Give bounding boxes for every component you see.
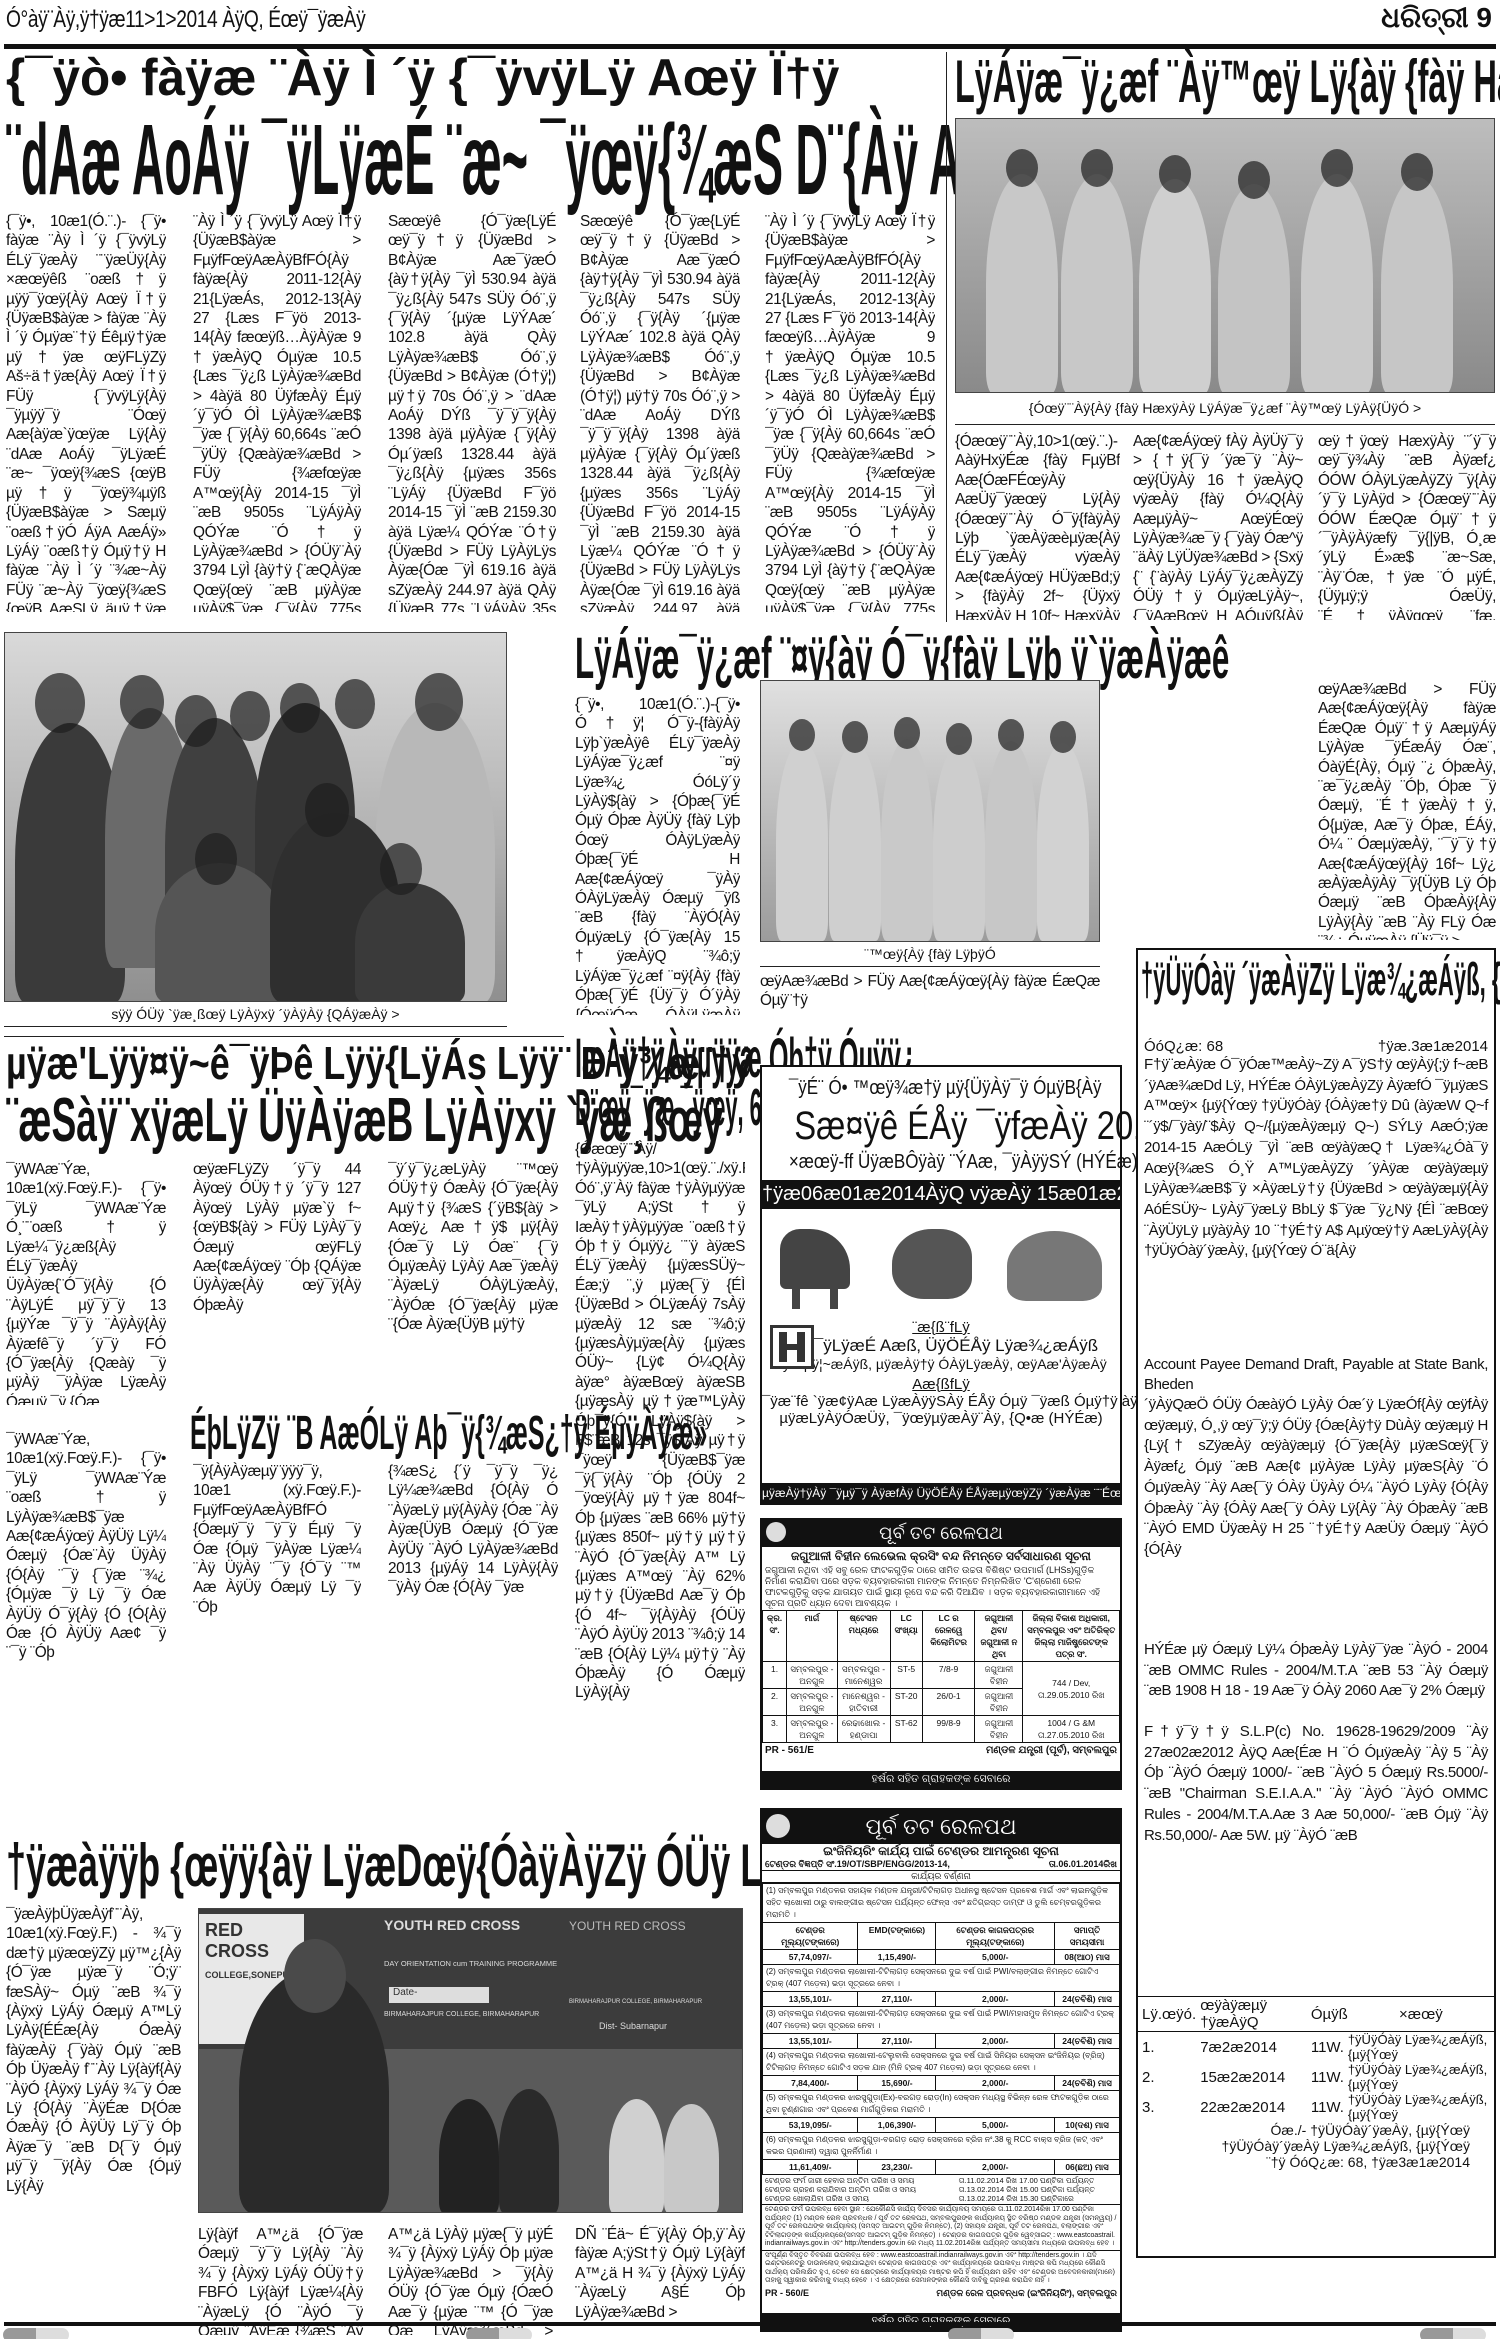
ncc-mid-column-left: {¯ÿ•, 10æ1(Ó.¨.)-{¯ÿ• Ó†ÿ¦ Ó¯ÿ-{fàÿÀÿ Lÿ… — [575, 695, 740, 1015]
scroll-handle-mid-right[interactable] — [948, 2328, 1014, 2339]
lc-signatory: ମଣ୍ଡଳ ଯନ୍ତ୍ରୀ (ପୂର୍ବ), ସମ୍ବଲପୁର — [986, 1745, 1117, 1756]
table-row: 57,74,097/-1,15,490/-5,000/-08(ଆଠ) ମାସ — [763, 1950, 1120, 1965]
story-top-column-2: ¨Àÿ Ì ´ÿ {¯ÿvÿLÿ Aœÿ Ï†ÿ {ÜÿæB$àÿæ > Fµÿ… — [193, 212, 361, 612]
tender-schedule: ଟେଣ୍ଡର ଫର୍ମ ଜାରୀ ହେବାର ଅନ୍ତିମ ତାରିଖ ଓ ସମ… — [762, 2175, 1120, 2205]
odiyana-column-3: {¾æS¿ {´ÿ ¯ÿ¯ÿ ¯ÿ¿ Lÿ¼æ¾æBd {Ó{Àÿ Ó ¨Àÿæ… — [388, 1462, 558, 1820]
scroll-handle-right[interactable] — [1420, 2328, 1486, 2339]
scroll-handle-left[interactable] — [3, 2328, 69, 2339]
ad-date-bar: †ÿæ06æ01æ2014ÀÿQ vÿæÀÿ 15æ01æ2014 ¨¾ô;ÿ — [762, 1180, 1120, 1209]
banner-date-field: Date- — [389, 1987, 489, 2003]
ncc-mid-column-right: œÿAæ¾æBd > FÜÿ Aæ{¢æÁÿœÿ{Àÿ fàÿæ ÉæQæ Óµ… — [1318, 680, 1496, 940]
cricket-photo-caption: sÿÿ ÓÜÿ `ÿæ¸ßœÿ LÿÀÿxÿ ´ÿÀÿÀÿ {QÁÿæÀÿ > — [4, 1006, 507, 1022]
table-row: 53,19,095/-1,06,390/-5,000/-10(ଦଶ) ମାସ — [763, 2118, 1120, 2133]
story-top-headline-line1: {¯ÿò• fàÿæ ¨Àÿ Ì ´ÿ {¯ÿvÿLÿ Aœÿ Ï†ÿ — [6, 52, 839, 104]
tender-footer-info: PR - 560/E ମଣ୍ଡଳ ରେଳ ପ୍ରବନ୍ଧକ (ଇଂଜିନିୟରି… — [762, 2287, 1120, 2300]
column-divider — [946, 52, 947, 622]
photo-guards-group — [955, 118, 1495, 393]
auction-sign-line2: †ÿÜÿÓàÿ´ÿæÀÿ Lÿæ¾¿æÁÿß, {µÿ{Ýœÿ — [1138, 2138, 1494, 2154]
railway-logo-icon — [766, 1522, 786, 1542]
ad-sponsor-block: ¨æ{ß¨fLÿ ¯ÿLÿæÉ Aæß‚ ÜÿÖÉÅÿ Lÿæ¾¿æÁÿß ¯ÿ… — [762, 1319, 1120, 1479]
tender-work-label: କାର୍ଯ୍ୟର ବର୍ଣ୍ଣନା — [762, 1871, 1120, 1883]
photo-jail-staff — [760, 680, 1100, 942]
odiyana-column-2: ¯ÿ{ÀÿÀÿæµÿ¨ÿÿÿ¯ÿ, 10æ1 (xÿ.Fœÿ.F.)- Fµÿf… — [193, 1462, 361, 1820]
elephant-figurine-icon — [1007, 1231, 1102, 1301]
odiyana-column-1: ¯ÿWAæ¨Ýæ, 10æ1(xÿ.Fœÿ.F.)- {¯ÿ• ¯ÿLÿ ¯ÿW… — [6, 1430, 166, 1820]
auction-sign-line3: ¨†ÿ ÓóQ¿æ: 68, †ÿæ3æ1æ2014 — [1138, 2154, 1494, 2170]
ncc-right-photo-caption: {Óœÿ¨¨Àÿ{Àÿ {fàÿ HæxÿÀÿ LÿÁÿæ¯ÿ¿æf ¨Àÿ™œ… — [955, 400, 1495, 416]
organizer-line2: µÿæLÿÀÿÓæÜÿ, ¯ÿœÿµÿæÀÿ¨Àÿ, {Q•æ (HÝÉæ) — [762, 1410, 1120, 1427]
table-row: 2.15æ2æ201411W.†ÿÜÿÓàÿ Lÿæ¾¿æÁÿß, {µÿ{Ýœ… — [1138, 2062, 1494, 2092]
banner-youth-red-cross-1: YOUTH RED CROSS — [384, 1917, 564, 1933]
banner-college-name-2: BIRMAHARAJPUR COLLEGE, BIRMAHARAPUR — [569, 1999, 739, 2005]
sponsor-line2: ¯ÿÚ µÿ¦~æÁÿß, µÿæÀÿ†ÿ ÓÀÿLÿæÀÿ, œÿAæ'Àÿæ… — [762, 1356, 1120, 1372]
auction-sign-line1: Óæ./- †ÿÜÿÓàÿ´ÿæÀÿ, {µÿ{Ýœÿ — [1138, 2122, 1494, 2138]
table-row: 7,84,400/-15,690/-2,000/-24(ଚବିଶି) ମାସ — [763, 2076, 1120, 2091]
story-top-column-4: Sæœÿê {Ó¯ÿæ{LÿÉ œÿ¯ÿ†ÿ {ÜÿæBd > B¢Àÿæ Aæ… — [580, 212, 740, 612]
table-row: 13,55,101/-27,110/-2,000/-24(ଚବିଶି) ମାସ — [763, 2034, 1120, 2049]
ad-venue: ×æœÿ-ff ÜÿæBÔÿàÿ ¨ÝAæ, ¯ÿÀÿÿSÝ (HÝÉæ) — [789, 1151, 1093, 1174]
auction-body-3: HÝÉæ µÿ Óæµÿ Lÿ¼ ÓþæÀÿ LÿÀÿ¯ÿæ ¨ÀÿÓ - 20… — [1138, 1640, 1494, 1722]
tender-availability: ଟେଣ୍ଡର ଫର୍ମ ଉପଲବ୍ଧ ହେବା ସ୍ଥାନ : ଯେକୌଣସି … — [762, 2205, 1120, 2251]
banner-orientation-text: DAY ORIENTATION cum TRAINING PROGRAMME — [384, 1959, 564, 1968]
lc-pr-number: PR - 561/E — [765, 1745, 814, 1756]
handicraft-fair-ad: ¯ÿÉ¨ Ó• ™œÿ¾æ†ÿ µÿ{ÜÿÀÿ¯ÿ ÓµÿB{Àÿ Sæ¤ÿê … — [760, 1065, 1122, 1505]
odiyana-headline: ÉþLÿZÿ ¨B AæÓLÿ Aþ¯ÿ{¾æS¿†ÿ ÉµÿÀÿæ» — [190, 1410, 707, 1458]
sponsor-label: ¨æ{ß¨fLÿ — [762, 1319, 1120, 1336]
auction-body-dd: Account Payee Demand Draft, Payable at S… — [1138, 1355, 1494, 1395]
auction-letter-no: ÓóQ¿æ: 68 — [1144, 1038, 1223, 1055]
result-column: {Óæœÿ¨¨Àÿ/†ÿÀÿµÿÿæ,10>1(œÿ.¨./xÿ.Fœÿ.F)-… — [575, 1140, 745, 1820]
table-row: 3.22æ2æ201411W.†ÿÜÿÓàÿ Lÿæ¾¿æÁÿß, {µÿ{Ýœ… — [1138, 2092, 1494, 2122]
sponsor-line1: ¯ÿLÿæÉ Aæß‚ ÜÿÖÉÅÿ Lÿæ¾¿æÁÿß — [762, 1336, 1120, 1356]
tender-full-details: ସଂପୂର୍ଣ୍ଣ ବିସ୍ତୃତ ବିବରଣୀ ଉପଲବ୍ଧ ହେବ : ww… — [762, 2251, 1120, 2287]
caption-rule — [4, 1026, 507, 1027]
deity-figurine-icon — [892, 1229, 972, 1299]
tender-date: ତା.06.01.2014ରିଖ — [1049, 1859, 1117, 1870]
ad-handicraft-images — [762, 1209, 1120, 1319]
ncc-right-column-1: {Óæœÿ¨¨Àÿ,10>1(œÿ.¨.)-AàÿHxÿÉæ {fàÿ FµÿB… — [955, 432, 1120, 620]
redcross-column-2: Lÿ{àÿf A™¿ä {Ó¯ÿæ Óæµÿ ¯ÿ¯ÿ Lÿ{Àÿ ¨Àÿ ¾¯… — [198, 2225, 363, 2335]
tender-heading: ଇଂଜିନିୟରିଂ କାର୍ଯ୍ୟ ପାଇଁ ଟେଣ୍ଡର ଆମନ୍ତ୍ରଣ … — [762, 1844, 1120, 1859]
table-row: 13,55,101/-27,110/-2,000/-24(ଚବିଶି) ମାସ — [763, 1992, 1120, 2007]
ncc-right-column-2: Aæ{¢æÁÿœÿ fÀÿ ÀÿÜÿ¯ÿ > {†ÿ{¯ÿ ´ÿæ¯ÿ ¨Àÿ~… — [1133, 432, 1303, 620]
ncc-right-column-3: œÿ†ÿœÿ HæxÿÀÿ ¨´ÿ¯ÿ œÿ¯ÿ¾Àÿ ¨æB Àÿæf¿ ÓÓ… — [1318, 432, 1496, 620]
tender-pr-number: PR - 560/E — [765, 2288, 809, 2299]
auction-body-1: F†ÿ¨æÀÿæ Ó¯ÿÓæ™æÀÿ~Zÿ A¯ÿS†ÿ œÿÀÿ{;ÿ f~æ… — [1138, 1055, 1494, 1355]
organizer-line1: ¯ÿæ¨fê `ÿæ¢ÿAæ LÿæÀÿÿSÀÿ ÉÅÿ Óµÿ ¯ÿæß Óµ… — [762, 1393, 1120, 1410]
page-bottom-rule — [4, 2322, 1496, 2326]
sports-column-3: ¯ÿ´ÿ¯ÿ¿æLÿÀÿ ¨™œÿ ÓÜÿ†ÿ ÓæÀÿ {Ó¯ÿæ{Àÿ Aµ… — [388, 1160, 558, 1405]
railway-logo-icon — [766, 1814, 790, 1838]
railway-lc-closure-notice: ପୂର୍ବ ତଟ ରେଳପଥ ଜଗୁଆଳୀ ବିହୀନ ଲେଭେଲ କ୍ରସିଂ… — [760, 1518, 1122, 1790]
caption-rule — [760, 966, 1100, 967]
tender-signatory: ମଣ୍ଡଳ ରେଳ ପ୍ରବନ୍ଧକ (ଇଂଜିନିୟରିଂ), ସମ୍ବଲପୁ… — [936, 2288, 1117, 2299]
lc-notice-org-title: ପୂର୍ବ ତଟ ରେଳପଥ — [762, 1520, 1120, 1547]
organizer-label: Aæ{ßfLÿ — [762, 1376, 1120, 1393]
redcross-column-3: A™¿ä LÿÀÿ µÿæ{¯ÿ µÿÉ ¾¯ÿ {Àÿxÿ LÿÁÿ Óþ µ… — [388, 2225, 553, 2335]
auction-body-2: ´ÿÀÿQæÖ ÓÜÿ ÓæàÿÓ LÿÀÿ Óæ´ÿ LÿæÓf{Àÿ œÿf… — [1138, 1395, 1494, 1640]
lc-notice-heading: ଜଗୁଆଳୀ ବିହୀନ ଲେଭେଲ କ୍ରସିଂ ବନ୍ଦ ନିମନ୍ତେ ସ… — [762, 1549, 1120, 1564]
lc-notice-table: କ୍ର. ସଂ. ମାର୍ଗ ଷ୍ଟେସନ ମଧ୍ୟରେ LC ସଂଖ୍ୟା L… — [762, 1610, 1120, 1743]
horse-figurine-icon — [780, 1229, 850, 1289]
tahasil-auction-notice: †ÿÜÿÓàÿ ´ÿæÀÿZÿ Lÿæ¾¿æÁÿß, {µÿ{Ýœÿ ÓóQ¿æ… — [1136, 948, 1496, 2258]
auction-body-4: F†ÿ¯ÿ†ÿ S.L.P(c) No. 19628-19629/2009 ¨À… — [1138, 1722, 1494, 1992]
redcross-column-4: DÑ ¨Éä~ É¯ÿ{Àÿ Óþ,ÿ¨Àÿ fàÿæ A;ÿSt†ÿ Óµÿ … — [575, 2225, 745, 2335]
sports-column-2: œÿæFLÿZÿ ´ÿ¯ÿ 44 Àÿœÿ ÓÜÿ†ÿ ´ÿ¯ÿ 127 Àÿœ… — [193, 1160, 361, 1405]
auction-notice-title: †ÿÜÿÓàÿ ´ÿæÀÿZÿ Lÿæ¾¿æÁÿß, {µÿ{Ýœÿ — [1138, 950, 1309, 1002]
tender-ref-line: ଟେଣ୍ଡର ବିଜ୍ଞପ୍ତି ସଂ.19/OT/SBP/ENGG/2013-… — [762, 1859, 1120, 1871]
lc-notice-footer-bar: ହର୍ଷର ସହିତ ଗ୍ରାହକଙ୍କ ସେବାରେ — [762, 1771, 1120, 1788]
caption-rule — [955, 424, 1495, 425]
auction-letter-date: †ÿæ.3æ1æ2014 — [1378, 1038, 1488, 1055]
page-number-label: ଧରିତ୍ରୀ 9 — [1381, 2, 1492, 35]
scroll-handle-center[interactable] — [466, 2328, 532, 2339]
story-top-column-1: {¯ÿ•, 10æ1(Ó.¨.)- {¯ÿ• fàÿæ ¨Àÿ Ì ´ÿ {¯ÿ… — [6, 212, 166, 612]
banner-district: Dist- Subarnapur — [599, 2021, 719, 2031]
banner-youth-red-cross-2: YOUTH RED CROSS — [569, 1919, 739, 1933]
sports-column-1: ¯ÿWAæ¨Ýæ, 10æ1(xÿ.Fœÿ.F.)- {¯ÿ• ¯ÿLÿ ¯ÿW… — [6, 1160, 166, 1405]
story-top-column-5: ¨Àÿ Ì ´ÿ {¯ÿvÿLÿ Aœÿ Ï†ÿ {ÜÿæB$àÿæ > Fµÿ… — [765, 212, 935, 612]
ad-line1: ¯ÿÉ¨ Ó• ™œÿ¾æ†ÿ µÿ{ÜÿÀÿ¯ÿ ÓµÿB{Àÿ — [789, 1077, 1093, 1100]
lc-notice-body: ଜଗୁଆଳୀ ନଥିବା ଏହି ସବୁ ରେଳ ଫାଟକଗୁଡ଼ିକ ଠାରେ… — [762, 1564, 1120, 1610]
ncc-mid-photo-caption: ¨™œÿ{Àÿ {fàÿ LÿþÿÓ — [760, 946, 1100, 962]
masthead-date-line: Ó°àÿ¨Àÿ,ÿ†ÿæ11>1>2014 ÀÿQ, Éœÿ¯ÿæÀÿ — [6, 6, 365, 34]
table-row: 3. ସମ୍ବଲପୁର - ଅନଗୁଳ ରେଢାଖୋଲ - ହଣ୍ଡାପା ST… — [763, 1716, 1120, 1743]
lc-notice-footer-info: PR - 561/E ମଣ୍ଡଳ ଯନ୍ତ୍ରୀ (ପୂର୍ବ), ସମ୍ବଲପ… — [762, 1743, 1120, 1758]
railway-tender-notice: ପୂର୍ବ ତଟ ରେଳପଥ ଇଂଜିନିୟରିଂ କାର୍ଯ୍ୟ ପାଇଁ ଟ… — [760, 1808, 1122, 2332]
redcross-column-1: ¯ÿæÀÿþÜÿæÀÿf¨¨Àÿ, 10æ1(xÿ.Fœÿ.F.) - ¾¯ÿ … — [6, 1905, 181, 2335]
ncc-mid-column-bottom: œÿAæ¾æBd > FÜÿ Aæ{¢æÁÿœÿ{Àÿ fàÿæ ÉæQæ Óµ… — [760, 972, 1100, 1012]
photo-redcross-event: RED CROSSCOLLEGE,SONEPUR YOUTH RED CROSS… — [198, 1908, 743, 2213]
tender-org-title: ପୂର୍ବ ତଟ ରେଳପଥ — [762, 1810, 1120, 1844]
auction-letter-ref: ÓóQ¿æ: 68 †ÿæ.3æ1æ2014 — [1138, 1002, 1494, 1055]
auction-schedule-table: Lÿ.œÿó. œÿàÿæµÿ †ÿæÀÿQ Óµÿß ×æœÿ 1.7æ2æ2… — [1138, 1996, 1494, 2122]
photo-cricket-team — [4, 632, 507, 1002]
table-row: 11,61,409/-23,230/-2,000/-06(ଛଅ) ମାସ — [763, 2160, 1120, 2175]
banner-college-name: BIRMAHARAJPUR COLLEGE, BIRMAHARAPUR — [384, 2011, 559, 2018]
handicraft-logo-icon — [770, 1325, 814, 1369]
story-top-column-3: Sæœÿê {Ó¯ÿæ{LÿÉ œÿ¯ÿ†ÿ {ÜÿæBd > B¢Àÿæ Aæ… — [388, 212, 556, 612]
ad-title: Sæ¤ÿê ÉÅÿ ¯ÿfæÀÿ 2014 — [794, 1104, 1088, 1149]
ad-footer-bar: µÿæÀÿ†ÿÀÿ ¯ÿµÿ¯ÿ ÀÿæfÀÿ ÜÿÖÉÅÿ ÉÅÿæµÿœÿZ… — [762, 1483, 1120, 1503]
tender-ref-number: ଟେଣ୍ଡର ବିଜ୍ଞପ୍ତି ସଂ.19/OT/SBP/ENGG/2013-… — [765, 1859, 950, 1870]
tender-table: (1) ସମ୍ବଲପୁର ମଣ୍ଡଳର ସହାୟକ ମଣ୍ଡଳ ଯନ୍ତ୍ରୀ/… — [762, 1883, 1120, 2175]
ncc-right-headline: LÿÁÿæ¯ÿ¿æf ¨Àÿ™œÿ Lÿ{àÿ {fàÿ HæxÿÀÿ — [955, 52, 1500, 112]
table-row: 1.7æ2æ201411W.†ÿÜÿÓàÿ Lÿæ¾¿æÁÿß, {µÿ{Ýœÿ — [1138, 2032, 1494, 2063]
table-row: 1. ସମ୍ବଲପୁର - ଅନଗୁଳ ସମ୍ବଲପୁର - ମାନେଶ୍ୱର … — [763, 1662, 1120, 1689]
